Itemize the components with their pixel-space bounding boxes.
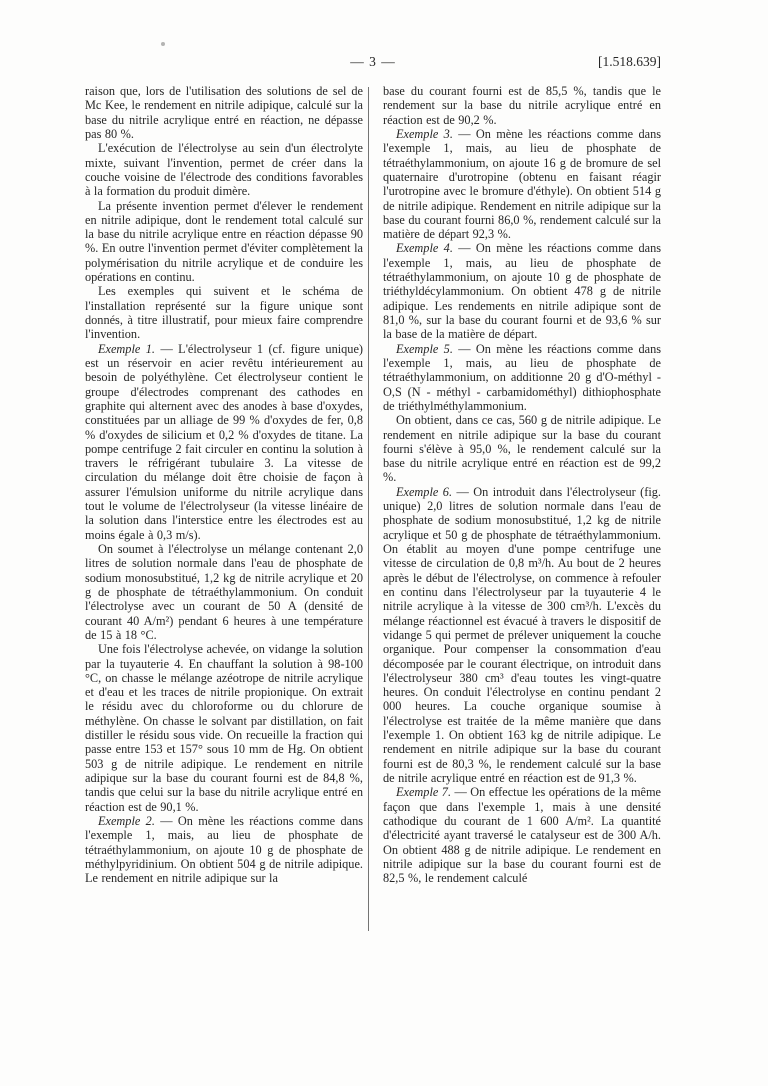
page-header: — 3 — [1.518.639] xyxy=(85,54,661,72)
column-divider-rule xyxy=(368,87,369,931)
paragraph: Les exemples qui suivent et le schéma de… xyxy=(85,284,363,341)
paragraph: Une fois l'électrolyse achevée, on vidan… xyxy=(85,642,363,814)
page-number: — 3 — xyxy=(85,54,661,70)
paragraph: L'exécution de l'électrolyse au sein d'u… xyxy=(85,141,363,198)
example-label: Exemple 5. xyxy=(396,342,453,356)
example-label: Exemple 1. xyxy=(98,342,155,356)
paragraph: Exemple 1. — L'électrolyseur 1 (cf. figu… xyxy=(85,342,363,542)
paragraph: La présente invention permet d'élever le… xyxy=(85,199,363,285)
patent-page: — 3 — [1.518.639] raison que, lors de l'… xyxy=(0,0,768,1086)
patent-reference: [1.518.639] xyxy=(598,54,661,70)
paragraph: base du courant fourni est de 85,5 %, ta… xyxy=(383,84,661,127)
paragraph: Exemple 2. — On mène les réactions comme… xyxy=(85,814,363,886)
paragraph: Exemple 3. — On mène les réactions comme… xyxy=(383,127,661,242)
scan-speck xyxy=(161,42,165,46)
paragraph: Exemple 5. — On mène les réactions comme… xyxy=(383,342,661,414)
paragraph: raison que, lors de l'utilisation des so… xyxy=(85,84,363,141)
example-label: Exemple 2. xyxy=(98,814,155,828)
paragraph: Exemple 7. — On effectue les opérations … xyxy=(383,785,661,885)
paragraph: On obtient, dans ce cas, 560 g de nitril… xyxy=(383,413,661,485)
paragraph: Exemple 4. — On mène les réactions comme… xyxy=(383,241,661,341)
example-label: Exemple 6. xyxy=(396,485,452,499)
paragraph: On soumet à l'électrolyse un mélange con… xyxy=(85,542,363,642)
example-label: Exemple 4. xyxy=(396,241,453,255)
right-column: base du courant fourni est de 85,5 %, ta… xyxy=(383,84,661,886)
example-label: Exemple 3. xyxy=(396,127,453,141)
example-label: Exemple 7. xyxy=(396,785,451,799)
left-column: raison que, lors de l'utilisation des so… xyxy=(85,84,363,886)
paragraph: Exemple 6. — On introduit dans l'électro… xyxy=(383,485,661,786)
